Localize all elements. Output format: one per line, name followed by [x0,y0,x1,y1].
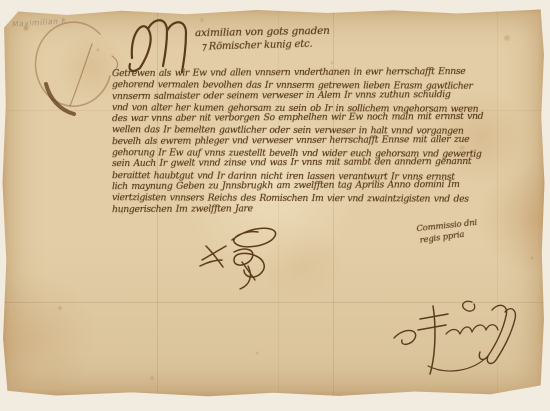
manuscript-sheet: Maximilian I. aximilian von gots gnaden … [2,8,545,397]
body-line: lich maynung Geben zu Jnnsbrugkh am zwel… [112,179,516,192]
royal-signature-monogram-icon [192,222,292,294]
body-line: sein Auch Ir gwelt vnnd zinse vnd was Ir… [112,156,516,169]
body-line: vnnserm salmaister oder seinem verweser … [112,88,516,101]
body-line: des war vnns aber nit verborgen So emphe… [112,111,516,124]
body-line: bevelh als ewrem phleger vnd verweser vn… [112,133,516,146]
secretary-countersignature-flourish-icon [388,292,523,380]
letter-header: aximilian von gots gnaden ⁊ Römischer ku… [195,26,330,52]
body-line: hungerischen Im zwelfften Jare [112,201,516,214]
letter-body: Getrewen als wir Ew vnd allen vnnsern vn… [112,68,516,215]
photo-backdrop: Maximilian I. aximilian von gots gnaden … [0,0,550,411]
header-line-2: ⁊ Römischer kunig etc. [201,37,330,53]
chancery-note: Commissio dni regis ppria [416,218,479,246]
body-line: Getrewen als wir Ew vnd allen vnnsern vn… [112,66,516,79]
